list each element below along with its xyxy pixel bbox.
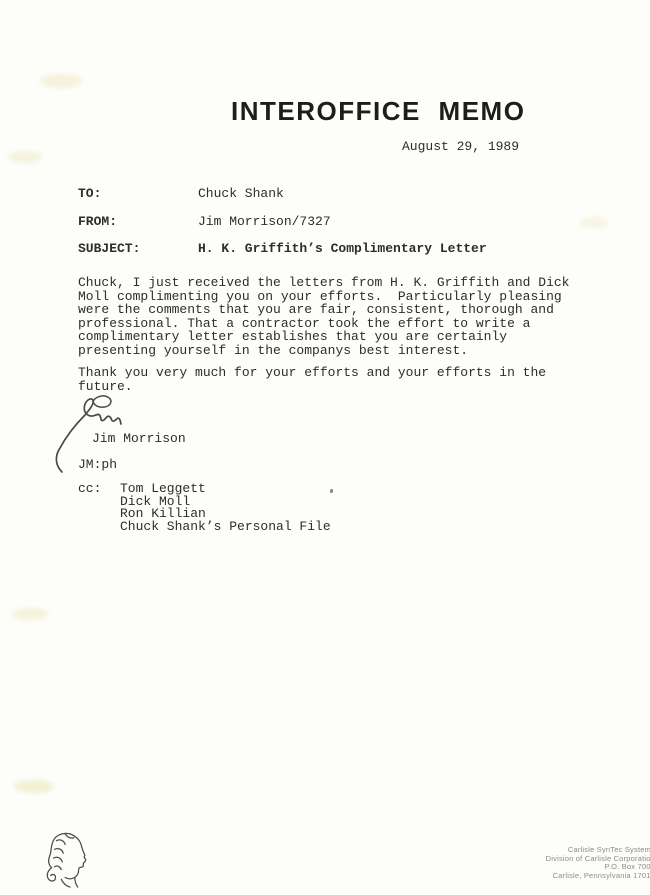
cc-block: cc: Tom Leggett Dick Moll Ron Killian Ch…	[78, 483, 331, 533]
paper-smudge	[14, 780, 54, 793]
field-label-subject: SUBJECT:	[78, 241, 198, 256]
memo-date: August 29, 1989	[402, 139, 519, 154]
field-value-subject: H. K. Griffith’s Complimentary Letter	[198, 241, 487, 256]
typist-initials: JM:ph	[78, 457, 117, 472]
paper-smudge	[8, 151, 42, 163]
paper-smudge	[12, 608, 48, 620]
field-value-to: Chuck Shank	[198, 186, 284, 201]
field-row-subject: SUBJECT:H. K. Griffith’s Complimentary L…	[78, 241, 487, 269]
field-row-from: FROM:Jim Morrison/7327	[78, 214, 487, 242]
signer-name: Jim Morrison	[92, 431, 186, 446]
letterhead-footer: Carlisle SynTec Systems Division of Carl…	[546, 846, 650, 880]
indian-head-profile-logo-icon	[40, 830, 98, 890]
field-label-to: TO:	[78, 186, 198, 201]
paper-smudge	[40, 74, 82, 88]
cc-name-list: Tom Leggett Dick Moll Ron Killian Chuck …	[120, 483, 331, 533]
ink-speck	[330, 489, 334, 494]
memo-page: INTEROFFICE MEMO August 29, 1989 TO:Chuc…	[0, 0, 650, 895]
footer-company-line: Carlisle, Pennsylvania 17013	[546, 872, 650, 881]
cc-label: cc:	[78, 483, 120, 533]
paper-smudge	[580, 217, 608, 228]
field-label-from: FROM:	[78, 214, 198, 229]
memo-header-fields: TO:Chuck Shank FROM:Jim Morrison/7327 SU…	[78, 186, 487, 269]
memo-title: INTEROFFICE MEMO	[231, 96, 525, 127]
field-value-from: Jim Morrison/7327	[198, 214, 331, 229]
body-paragraph: Chuck, I just received the letters from …	[78, 276, 569, 357]
body-paragraph: Thank you very much for your efforts and…	[78, 366, 546, 393]
cc-name: Chuck Shank’s Personal File	[120, 521, 331, 534]
field-row-to: TO:Chuck Shank	[78, 186, 487, 214]
